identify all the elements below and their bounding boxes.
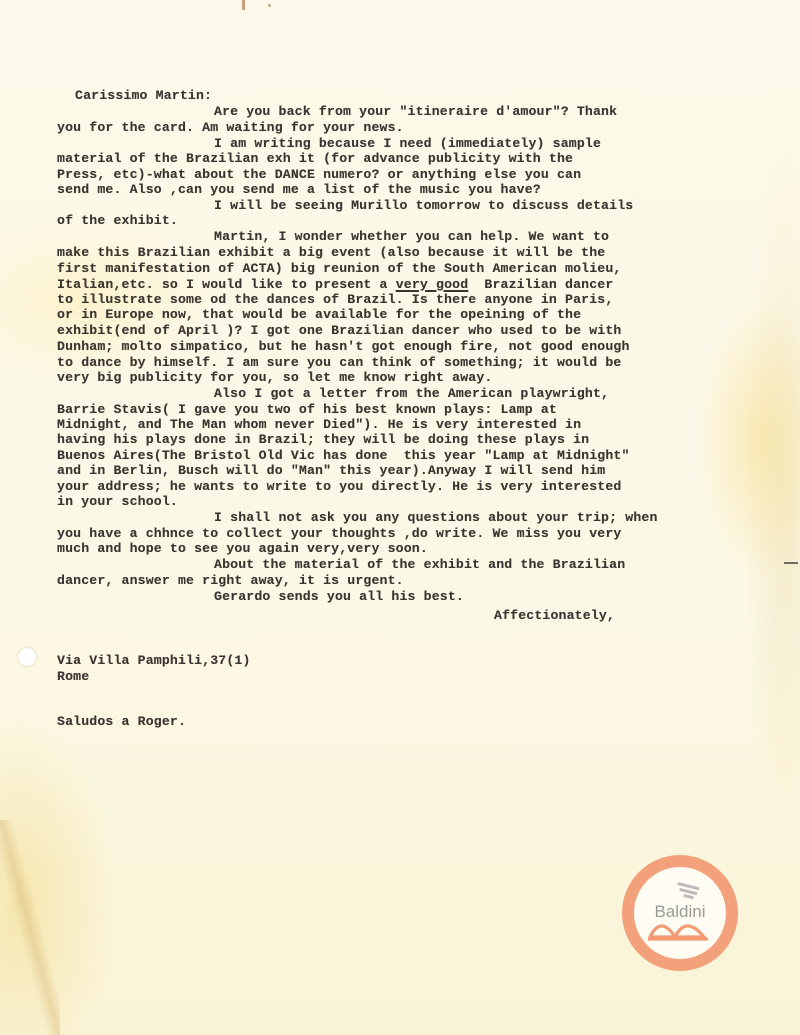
letter-line: Buenos Aires(The Bristol Old Vic has don… (57, 448, 630, 463)
letter-line: or in Europe now, that would be availabl… (57, 307, 581, 322)
letter-line: you have a chhnce to collect your though… (57, 526, 621, 541)
margin-dash (784, 562, 798, 564)
letter-line: to dance by himself. I am sure you can t… (57, 355, 621, 370)
letter-line: Dunham; molto simpatico, but he hasn't g… (57, 339, 630, 354)
letter-line: Press, etc)-what about the DANCE numero?… (57, 167, 581, 182)
baldini-logo-icon: Baldini (620, 853, 740, 973)
top-mark (242, 0, 245, 10)
letter-line: About the material of the exhibit and th… (214, 557, 625, 572)
library-stamp: Baldini (620, 853, 740, 973)
stamp-label: Baldini (654, 902, 705, 921)
letter-line: in your school. (57, 494, 178, 509)
letter-line: I will be seeing Murillo tomorrow to dis… (214, 198, 633, 213)
letter-line: having his plays done in Brazil; they wi… (57, 432, 589, 447)
letter-line: exhibit(end of April )? I got one Brazil… (57, 323, 621, 338)
letter-line: material of the Brazilian exh it (for ad… (57, 151, 573, 166)
letter-line: Martin, I wonder whether you can help. W… (214, 229, 609, 244)
letter-line: of the exhibit. (57, 213, 178, 228)
paper-crease (0, 820, 60, 1035)
letter-line: dancer, answer me right away, it is urge… (57, 573, 404, 588)
letter-line: very big publicity for you, so let me kn… (57, 370, 492, 385)
letter-line: you for the card. Am waiting for your ne… (57, 120, 404, 135)
address-line-1: Via Villa Pamphili,37(1) (57, 653, 251, 668)
letter-line: Gerardo sends you all his best. (214, 589, 464, 604)
top-speck (268, 4, 271, 7)
letter-line: I shall not ask you any questions about … (214, 510, 658, 525)
letter-line: much and hope to see you again very,very… (57, 541, 428, 556)
letter-line: send me. Also ,can you send me a list of… (57, 182, 541, 197)
underlined-phrase: very good (396, 277, 469, 292)
punch-hole (18, 648, 36, 666)
letter-line: make this Brazilian exhibit a big event … (57, 245, 605, 260)
letter-line: I am writing because I need (immediately… (214, 136, 601, 151)
letter-line: Barrie Stavis( I gave you two of his bes… (57, 402, 557, 417)
letter-line: Italian,etc. so I would like to present … (57, 277, 613, 292)
letter-line: and in Berlin, Busch will do "Man" this … (57, 463, 605, 478)
letter-line: to illustrate some od the dances of Braz… (57, 292, 613, 307)
closing: Affectionately, (494, 608, 615, 623)
letter-line: Midnight, and The Man whom never Died").… (57, 417, 581, 432)
greeting: Carissimo Martin: (75, 88, 212, 103)
letter-line: your address; he wants to write to you d… (57, 479, 621, 494)
letter-line: Also I got a letter from the American pl… (214, 386, 609, 401)
address-line-2: Rome (57, 669, 89, 684)
postscript: Saludos a Roger. (57, 714, 186, 729)
letter-line: Are you back from your "itineraire d'amo… (214, 104, 617, 119)
letter-line: first manifestation of ACTA) big reunion… (57, 261, 621, 276)
